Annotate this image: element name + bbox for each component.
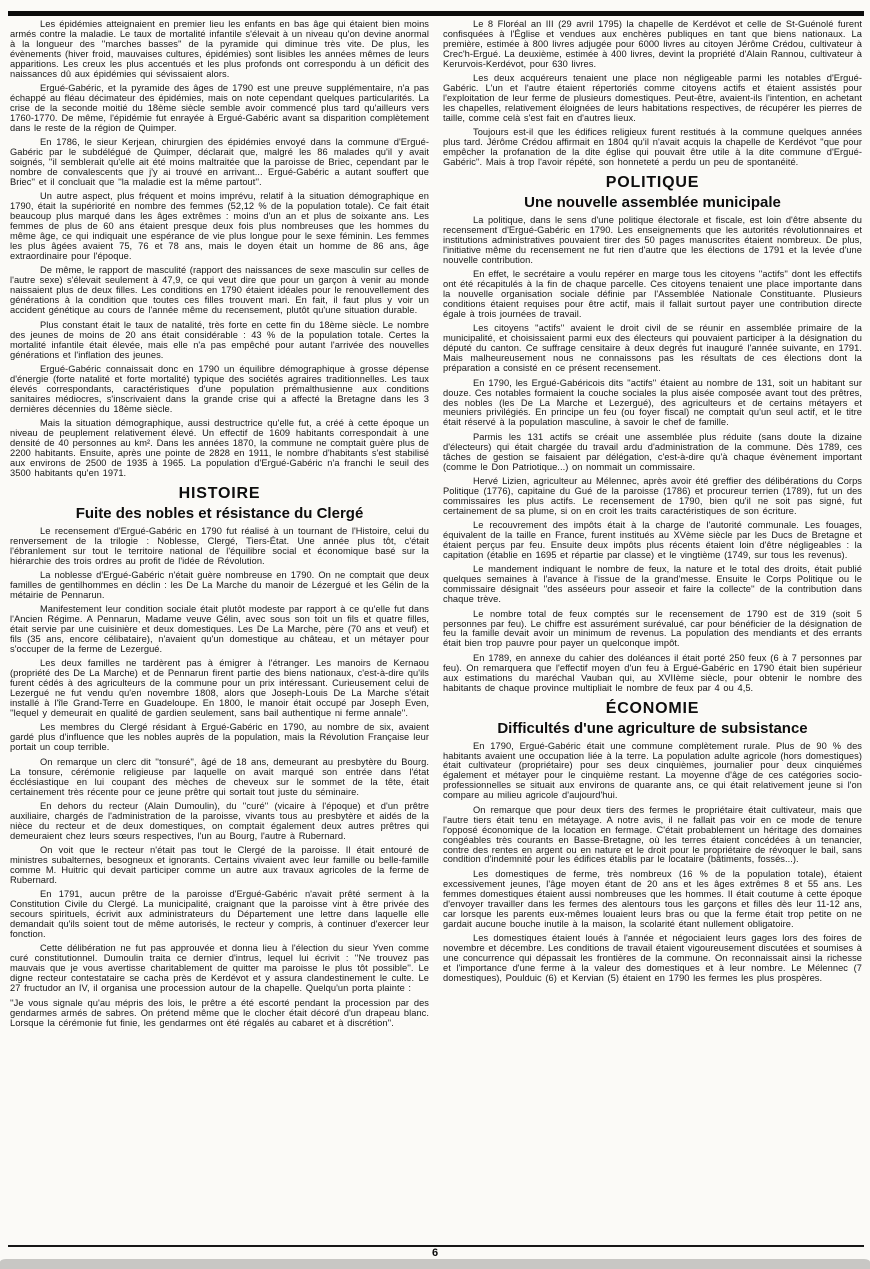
paragraph: Le 8 Floréal an III (29 avril 1795) la c…	[443, 20, 862, 70]
paragraph: Ergué-Gabéric connaissait donc en 1790 u…	[10, 365, 429, 415]
paragraph: Hervé Lizien, agriculteur au Mélennec, a…	[443, 477, 862, 517]
paragraph: Le recouvrement des impôts était à la ch…	[443, 521, 862, 561]
top-rule	[8, 11, 864, 16]
section-title: POLITIQUE	[443, 174, 862, 192]
paragraph: Ergué-Gabéric, et la pyramide des âges d…	[10, 84, 429, 134]
left-column: Les épidémies atteignaient en premier li…	[10, 20, 429, 1033]
paragraph: Un autre aspect, plus fréquent et moins …	[10, 192, 429, 262]
scan-edge	[0, 1259, 870, 1269]
section-title: HISTOIRE	[10, 485, 429, 503]
paragraph: Les deux acquéreurs tenaient une place n…	[443, 74, 862, 124]
quote-paragraph: ''Je vous signale qu'au mépris des lois,…	[10, 999, 429, 1029]
document-page: Les épidémies atteignaient en premier li…	[0, 0, 870, 1269]
paragraph: La noblesse d'Ergué-Gabéric n'était guèr…	[10, 571, 429, 601]
paragraph: En 1786, le sieur Kerjean, chirurgien de…	[10, 138, 429, 188]
section-heading: POLITIQUEUne nouvelle assemblée municipa…	[443, 174, 862, 211]
page-number: 6	[0, 1247, 870, 1259]
paragraph: Le nombre total de feux comptés sur le r…	[443, 610, 862, 650]
section-title: ÉCONOMIE	[443, 700, 862, 718]
paragraph: Les citoyens ''actifs'' avaient le droit…	[443, 324, 862, 374]
paragraph: Mais la situation démographique, aussi d…	[10, 419, 429, 479]
paragraph: Plus constant était le taux de natalité,…	[10, 321, 429, 361]
paragraph: Le recensement d'Ergué-Gabéric en 1790 f…	[10, 527, 429, 567]
section-heading: ÉCONOMIEDifficultés d'une agriculture de…	[443, 700, 862, 737]
paragraph: On remarque un clerc dit ''tonsuré'', âg…	[10, 758, 429, 798]
text-columns: Les épidémies atteignaient en premier li…	[10, 20, 862, 1033]
paragraph: En 1791, aucun prêtre de la paroisse d'E…	[10, 890, 429, 940]
paragraph: Cette délibération ne fut pas approuvée …	[10, 944, 429, 994]
paragraph: En effet, le secrétaire a voulu repérer …	[443, 270, 862, 320]
paragraph: Toujours est-il que les édifices religie…	[443, 128, 862, 168]
paragraph: Les épidémies atteignaient en premier li…	[10, 20, 429, 80]
paragraph: On voit que le recteur n'était pas tout …	[10, 846, 429, 886]
section-subtitle: Une nouvelle assemblée municipale	[443, 194, 862, 211]
paragraph: Parmis les 131 actifs se créait une asse…	[443, 433, 862, 473]
section-subtitle: Fuite des nobles et résistance du Clergé	[10, 505, 429, 522]
right-column: Le 8 Floréal an III (29 avril 1795) la c…	[443, 20, 862, 1033]
paragraph: En 1789, en annexe du cahier des doléanc…	[443, 654, 862, 694]
paragraph: Les deux familles ne tardèrent pas à émi…	[10, 659, 429, 719]
section-heading: HISTOIREFuite des nobles et résistance d…	[10, 485, 429, 522]
paragraph: Les domestiques de ferme, très nombreux …	[443, 870, 862, 930]
paragraph: De même, le rapport de masculité (rappor…	[10, 266, 429, 316]
paragraph: Les domestiques étaient loués à l'année …	[443, 934, 862, 984]
paragraph: La politique, dans le sens d'une politiq…	[443, 216, 862, 266]
paragraph: En 1790, les Ergué-Gabéricois dits ''act…	[443, 379, 862, 429]
paragraph: En 1790, Ergué-Gabéric était une commune…	[443, 742, 862, 802]
paragraph: Les membres du Clergé résidant à Ergué-G…	[10, 723, 429, 753]
paragraph: On remarque que pour deux tiers des ferm…	[443, 806, 862, 866]
section-subtitle: Difficultés d'une agriculture de subsist…	[443, 720, 862, 737]
paragraph: Le mandement indiquant le nombre de feux…	[443, 565, 862, 605]
paragraph: Manifestement leur condition sociale éta…	[10, 605, 429, 655]
paragraph: En dehors du recteur (Alain Dumoulin), d…	[10, 802, 429, 842]
